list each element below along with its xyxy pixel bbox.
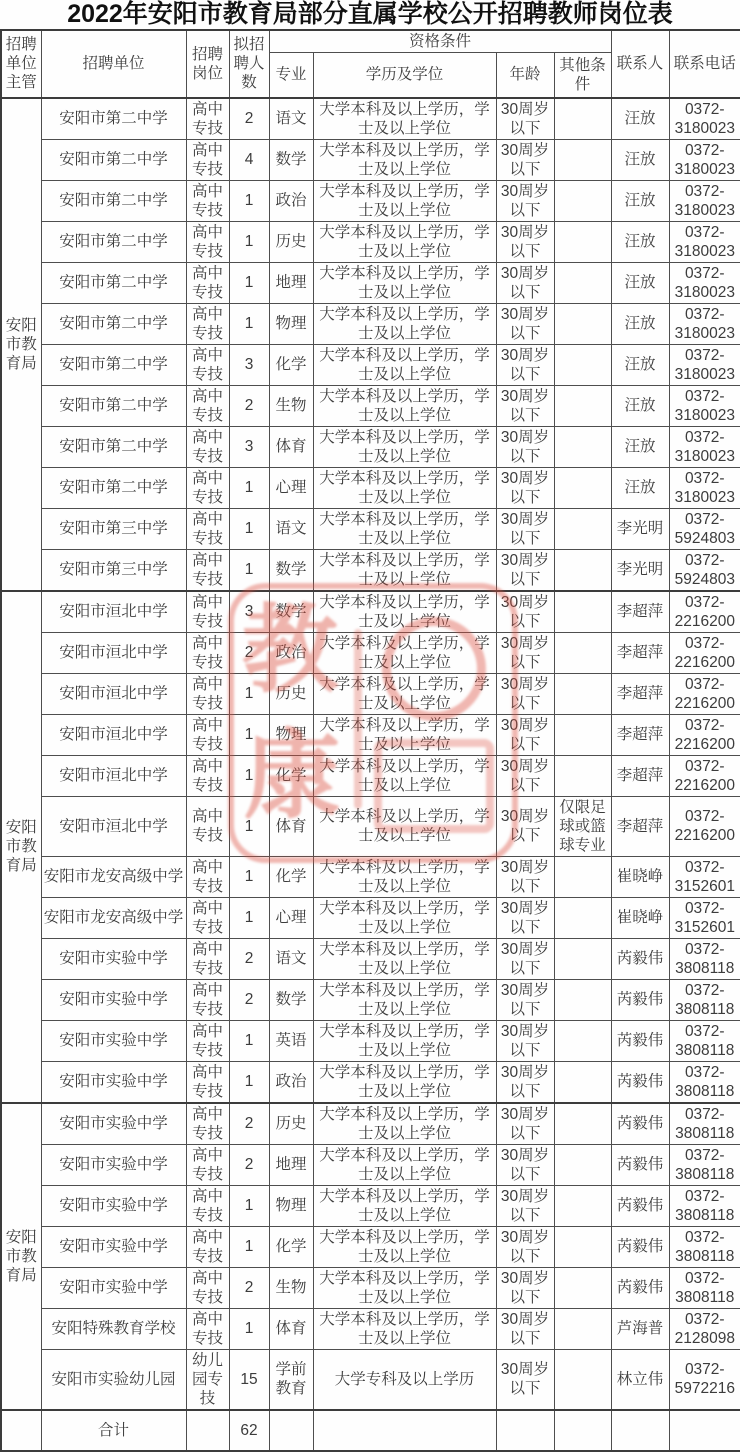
cell-contact: 李超萍 (611, 714, 669, 755)
cell-degree: 大学本科及以上学历，学士及以上学位 (313, 1267, 496, 1308)
cell-age: 30周岁以下 (496, 1103, 554, 1145)
cell-major: 数学 (269, 979, 313, 1020)
total-empty-age (496, 1410, 554, 1451)
table-row: 安阳市实验中学高中专技2地理大学本科及以上学历，学士及以上学位30周岁以下芮毅伟… (1, 1144, 740, 1185)
cell-school: 安阳市实验中学 (41, 1020, 186, 1061)
cell-age: 30周岁以下 (496, 632, 554, 673)
total-empty-phone (669, 1410, 740, 1451)
cell-school: 安阳市第二中学 (41, 180, 186, 221)
cell-degree: 大学本科及以上学历，学士及以上学位 (313, 714, 496, 755)
cell-phone: 0372-3808118 (669, 1020, 740, 1061)
cell-headcount: 3 (229, 344, 269, 385)
cell-headcount: 1 (229, 1308, 269, 1349)
cell-headcount: 1 (229, 1226, 269, 1267)
cell-other (554, 938, 611, 979)
cell-post-type: 高中专技 (186, 262, 229, 303)
cell-age: 30周岁以下 (496, 1020, 554, 1061)
cell-other (554, 303, 611, 344)
cell-major: 语文 (269, 98, 313, 140)
cell-other (554, 1185, 611, 1226)
cell-age: 30周岁以下 (496, 303, 554, 344)
cell-major: 化学 (269, 1226, 313, 1267)
recruitment-table: 招聘单位主管 招聘单位 招聘岗位 拟招聘人数 资格条件 联系人 联系电话 专业 … (0, 29, 740, 1452)
cell-phone: 0372-2216200 (669, 673, 740, 714)
table-row: 安阳市第二中学高中专技3体育大学本科及以上学历，学士及以上学位30周岁以下汪放0… (1, 426, 740, 467)
cell-school: 安阳市第二中学 (41, 385, 186, 426)
cell-contact: 汪放 (611, 344, 669, 385)
cell-phone: 0372-3152601 (669, 856, 740, 897)
header-school: 招聘单位 (41, 30, 186, 98)
cell-other (554, 856, 611, 897)
cell-age: 30周岁以下 (496, 1308, 554, 1349)
cell-degree: 大学本科及以上学历，学士及以上学位 (313, 897, 496, 938)
cell-headcount: 2 (229, 1103, 269, 1145)
cell-post-type: 高中专技 (186, 979, 229, 1020)
cell-school: 安阳市洹北中学 (41, 673, 186, 714)
cell-contact: 李超萍 (611, 673, 669, 714)
cell-headcount: 3 (229, 591, 269, 633)
cell-phone: 0372-3180023 (669, 385, 740, 426)
cell-headcount: 2 (229, 938, 269, 979)
cell-major: 数学 (269, 549, 313, 591)
cell-headcount: 1 (229, 221, 269, 262)
cell-degree: 大学本科及以上学历，学士及以上学位 (313, 426, 496, 467)
cell-phone: 0372-3152601 (669, 897, 740, 938)
cell-school: 安阳市洹北中学 (41, 796, 186, 856)
cell-school: 安阳市实验中学 (41, 1144, 186, 1185)
cell-degree: 大学本科及以上学历，学士及以上学位 (313, 856, 496, 897)
cell-post-type: 高中专技 (186, 467, 229, 508)
cell-headcount: 1 (229, 1061, 269, 1103)
cell-contact: 李超萍 (611, 796, 669, 856)
cell-major: 政治 (269, 632, 313, 673)
cell-other: 仅限足球或篮球专业 (554, 796, 611, 856)
cell-phone: 0372-2216200 (669, 632, 740, 673)
cell-major: 体育 (269, 796, 313, 856)
cell-major: 数学 (269, 591, 313, 633)
table-header: 招聘单位主管 招聘单位 招聘岗位 拟招聘人数 资格条件 联系人 联系电话 专业 … (1, 30, 740, 98)
cell-major: 体育 (269, 426, 313, 467)
table-row: 安阳市第三中学高中专技1语文大学本科及以上学历，学士及以上学位30周岁以下李光明… (1, 508, 740, 549)
cell-age: 30周岁以下 (496, 549, 554, 591)
cell-contact: 李超萍 (611, 591, 669, 633)
table-row: 安阳市实验中学高中专技2语文大学本科及以上学历，学士及以上学位30周岁以下芮毅伟… (1, 938, 740, 979)
cell-phone: 0372-2216200 (669, 591, 740, 633)
cell-post-type: 高中专技 (186, 1267, 229, 1308)
cell-major: 物理 (269, 714, 313, 755)
cell-post-type: 高中专技 (186, 755, 229, 796)
cell-other (554, 1267, 611, 1308)
cell-headcount: 1 (229, 508, 269, 549)
cell-other (554, 897, 611, 938)
cell-phone: 0372-3180023 (669, 221, 740, 262)
cell-school: 安阳市实验中学 (41, 979, 186, 1020)
cell-phone: 0372-3180023 (669, 262, 740, 303)
cell-age: 30周岁以下 (496, 796, 554, 856)
table-row: 安阳市龙安高级中学高中专技1化学大学本科及以上学历，学士及以上学位30周岁以下崔… (1, 856, 740, 897)
cell-phone: 0372-3808118 (669, 1185, 740, 1226)
cell-headcount: 1 (229, 303, 269, 344)
cell-major: 数学 (269, 139, 313, 180)
cell-headcount: 1 (229, 755, 269, 796)
header-post-type: 招聘岗位 (186, 30, 229, 98)
cell-other (554, 1144, 611, 1185)
cell-contact: 芮毅伟 (611, 1061, 669, 1103)
cell-phone: 0372-2216200 (669, 714, 740, 755)
header-degree: 学历及学位 (313, 53, 496, 98)
cell-other (554, 1061, 611, 1103)
cell-degree: 大学本科及以上学历，学士及以上学位 (313, 1144, 496, 1185)
cell-contact: 林立伟 (611, 1349, 669, 1410)
table-row: 安阳市实验中学高中专技1物理大学本科及以上学历，学士及以上学位30周岁以下芮毅伟… (1, 1185, 740, 1226)
cell-age: 30周岁以下 (496, 180, 554, 221)
cell-major: 地理 (269, 1144, 313, 1185)
table-row: 安阳市洹北中学高中专技1化学大学本科及以上学历，学士及以上学位30周岁以下李超萍… (1, 755, 740, 796)
cell-contact: 李光明 (611, 508, 669, 549)
cell-major: 生物 (269, 1267, 313, 1308)
table-row: 安阳市第二中学高中专技1地理大学本科及以上学历，学士及以上学位30周岁以下汪放0… (1, 262, 740, 303)
cell-phone: 0372-3808118 (669, 938, 740, 979)
total-label: 合计 (41, 1410, 186, 1451)
cell-degree: 大学专科及以上学历 (313, 1349, 496, 1410)
header-phone: 联系电话 (669, 30, 740, 98)
cell-phone: 0372-3180023 (669, 98, 740, 140)
cell-post-type: 高中专技 (186, 1020, 229, 1061)
cell-post-type: 高中专技 (186, 673, 229, 714)
cell-contact: 李超萍 (611, 632, 669, 673)
cell-school: 安阳市实验中学 (41, 1267, 186, 1308)
cell-major: 化学 (269, 755, 313, 796)
cell-school: 安阳市第三中学 (41, 508, 186, 549)
cell-age: 30周岁以下 (496, 755, 554, 796)
cell-other (554, 673, 611, 714)
total-empty-other (554, 1410, 611, 1451)
cell-contact: 汪放 (611, 139, 669, 180)
cell-age: 30周岁以下 (496, 467, 554, 508)
cell-age: 30周岁以下 (496, 979, 554, 1020)
cell-major: 化学 (269, 344, 313, 385)
table-row: 安阳市第二中学高中专技2生物大学本科及以上学历，学士及以上学位30周岁以下汪放0… (1, 385, 740, 426)
cell-degree: 大学本科及以上学历，学士及以上学位 (313, 938, 496, 979)
cell-other (554, 979, 611, 1020)
cell-degree: 大学本科及以上学历，学士及以上学位 (313, 755, 496, 796)
cell-other (554, 1226, 611, 1267)
cell-degree: 大学本科及以上学历，学士及以上学位 (313, 591, 496, 633)
table-row: 安阳市第二中学高中专技4数学大学本科及以上学历，学士及以上学位30周岁以下汪放0… (1, 139, 740, 180)
cell-post-type: 高中专技 (186, 180, 229, 221)
cell-age: 30周岁以下 (496, 856, 554, 897)
cell-headcount: 1 (229, 262, 269, 303)
cell-other (554, 591, 611, 633)
cell-contact: 芮毅伟 (611, 1185, 669, 1226)
cell-headcount: 1 (229, 714, 269, 755)
cell-age: 30周岁以下 (496, 938, 554, 979)
cell-phone: 0372-3180023 (669, 139, 740, 180)
cell-post-type: 幼儿园专技 (186, 1349, 229, 1410)
cell-school: 安阳市实验幼儿园 (41, 1349, 186, 1410)
cell-phone: 0372-3180023 (669, 344, 740, 385)
cell-headcount: 1 (229, 673, 269, 714)
cell-contact: 芦海普 (611, 1308, 669, 1349)
cell-headcount: 2 (229, 98, 269, 140)
cell-school: 安阳特殊教育学校 (41, 1308, 186, 1349)
cell-age: 30周岁以下 (496, 1267, 554, 1308)
cell-age: 30周岁以下 (496, 262, 554, 303)
cell-age: 30周岁以下 (496, 139, 554, 180)
total-empty-contact (611, 1410, 669, 1451)
cell-headcount: 2 (229, 385, 269, 426)
table-row: 安阳市教育局安阳市第二中学高中专技2语文大学本科及以上学历，学士及以上学位30周… (1, 98, 740, 140)
cell-other (554, 632, 611, 673)
cell-post-type: 高中专技 (186, 632, 229, 673)
cell-phone: 0372-3808118 (669, 1103, 740, 1145)
cell-major: 心理 (269, 897, 313, 938)
cell-contact: 汪放 (611, 385, 669, 426)
supervisor-cell: 安阳市教育局 (1, 1103, 41, 1410)
cell-age: 30周岁以下 (496, 1185, 554, 1226)
cell-age: 30周岁以下 (496, 1226, 554, 1267)
cell-degree: 大学本科及以上学历，学士及以上学位 (313, 303, 496, 344)
table-row: 安阳市实验幼儿园幼儿园专技15学前教育大学专科及以上学历30周岁以下林立伟037… (1, 1349, 740, 1410)
cell-school: 安阳市洹北中学 (41, 755, 186, 796)
cell-age: 30周岁以下 (496, 221, 554, 262)
cell-post-type: 高中专技 (186, 897, 229, 938)
cell-post-type: 高中专技 (186, 1308, 229, 1349)
cell-school: 安阳市龙安高级中学 (41, 856, 186, 897)
cell-age: 30周岁以下 (496, 344, 554, 385)
table-row: 安阳市洹北中学高中专技1物理大学本科及以上学历，学士及以上学位30周岁以下李超萍… (1, 714, 740, 755)
total-row: 合计 62 (1, 1410, 740, 1451)
cell-post-type: 高中专技 (186, 344, 229, 385)
cell-other (554, 549, 611, 591)
cell-headcount: 3 (229, 426, 269, 467)
cell-school: 安阳市第二中学 (41, 262, 186, 303)
cell-major: 物理 (269, 303, 313, 344)
cell-phone: 0372-5972216 (669, 1349, 740, 1410)
cell-school: 安阳市第三中学 (41, 549, 186, 591)
cell-headcount: 1 (229, 796, 269, 856)
cell-headcount: 1 (229, 1185, 269, 1226)
table-row: 安阳市第二中学高中专技1历史大学本科及以上学历，学士及以上学位30周岁以下汪放0… (1, 221, 740, 262)
cell-phone: 0372-3808118 (669, 1144, 740, 1185)
cell-other (554, 385, 611, 426)
table-row: 安阳市实验中学高中专技1政治大学本科及以上学历，学士及以上学位30周岁以下芮毅伟… (1, 1061, 740, 1103)
cell-school: 安阳市实验中学 (41, 1226, 186, 1267)
cell-degree: 大学本科及以上学历，学士及以上学位 (313, 508, 496, 549)
cell-post-type: 高中专技 (186, 856, 229, 897)
table-row: 安阳市洹北中学高中专技1历史大学本科及以上学历，学士及以上学位30周岁以下李超萍… (1, 673, 740, 714)
cell-degree: 大学本科及以上学历，学士及以上学位 (313, 1103, 496, 1145)
cell-major: 政治 (269, 180, 313, 221)
rows-body: 安阳市教育局安阳市第二中学高中专技2语文大学本科及以上学历，学士及以上学位30周… (1, 98, 740, 1410)
cell-school: 安阳市洹北中学 (41, 632, 186, 673)
table-row: 安阳市实验中学高中专技1英语大学本科及以上学历，学士及以上学位30周岁以下芮毅伟… (1, 1020, 740, 1061)
cell-phone: 0372-3180023 (669, 467, 740, 508)
cell-school: 安阳市实验中学 (41, 1061, 186, 1103)
header-major: 专业 (269, 53, 313, 98)
table-row: 安阳市洹北中学高中专技1体育大学本科及以上学历，学士及以上学位30周岁以下仅限足… (1, 796, 740, 856)
cell-degree: 大学本科及以上学历，学士及以上学位 (313, 98, 496, 140)
total-empty-degree (313, 1410, 496, 1451)
cell-school: 安阳市第二中学 (41, 303, 186, 344)
cell-other (554, 1308, 611, 1349)
cell-age: 30周岁以下 (496, 508, 554, 549)
cell-phone: 0372-3808118 (669, 1226, 740, 1267)
cell-phone: 0372-5924803 (669, 549, 740, 591)
cell-post-type: 高中专技 (186, 796, 229, 856)
cell-school: 安阳市第二中学 (41, 98, 186, 140)
cell-contact: 李超萍 (611, 755, 669, 796)
cell-degree: 大学本科及以上学历，学士及以上学位 (313, 673, 496, 714)
cell-degree: 大学本科及以上学历，学士及以上学位 (313, 632, 496, 673)
table-row: 安阳市实验中学高中专技2生物大学本科及以上学历，学士及以上学位30周岁以下芮毅伟… (1, 1267, 740, 1308)
cell-degree: 大学本科及以上学历，学士及以上学位 (313, 467, 496, 508)
cell-school: 安阳市龙安高级中学 (41, 897, 186, 938)
cell-school: 安阳市第二中学 (41, 467, 186, 508)
cell-phone: 0372-3808118 (669, 1061, 740, 1103)
cell-post-type: 高中专技 (186, 1061, 229, 1103)
cell-contact: 汪放 (611, 221, 669, 262)
cell-contact: 汪放 (611, 467, 669, 508)
cell-other (554, 467, 611, 508)
cell-contact: 芮毅伟 (611, 1267, 669, 1308)
total-headcount: 62 (229, 1410, 269, 1451)
cell-age: 30周岁以下 (496, 1349, 554, 1410)
cell-school: 安阳市第二中学 (41, 344, 186, 385)
cell-major: 政治 (269, 1061, 313, 1103)
cell-contact: 李光明 (611, 549, 669, 591)
cell-contact: 芮毅伟 (611, 1103, 669, 1145)
total-empty-major (269, 1410, 313, 1451)
table-row: 安阳市实验中学高中专技1化学大学本科及以上学历，学士及以上学位30周岁以下芮毅伟… (1, 1226, 740, 1267)
table-row: 安阳市教育局安阳市洹北中学高中专技3数学大学本科及以上学历，学士及以上学位30周… (1, 591, 740, 633)
cell-contact: 芮毅伟 (611, 1020, 669, 1061)
cell-major: 历史 (269, 673, 313, 714)
cell-post-type: 高中专技 (186, 426, 229, 467)
cell-other (554, 221, 611, 262)
cell-phone: 0372-3180023 (669, 426, 740, 467)
cell-other (554, 139, 611, 180)
cell-post-type: 高中专技 (186, 549, 229, 591)
total-body: 合计 62 (1, 1410, 740, 1451)
cell-other (554, 426, 611, 467)
cell-degree: 大学本科及以上学历，学士及以上学位 (313, 979, 496, 1020)
cell-contact: 汪放 (611, 426, 669, 467)
cell-other (554, 344, 611, 385)
cell-post-type: 高中专技 (186, 139, 229, 180)
cell-contact: 汪放 (611, 262, 669, 303)
cell-school: 安阳市实验中学 (41, 1103, 186, 1145)
cell-degree: 大学本科及以上学历，学士及以上学位 (313, 1308, 496, 1349)
cell-degree: 大学本科及以上学历，学士及以上学位 (313, 1226, 496, 1267)
cell-degree: 大学本科及以上学历，学士及以上学位 (313, 221, 496, 262)
cell-phone: 0372-3808118 (669, 979, 740, 1020)
cell-phone: 0372-2216200 (669, 755, 740, 796)
header-qualification: 资格条件 (269, 30, 611, 53)
cell-major: 体育 (269, 1308, 313, 1349)
cell-post-type: 高中专技 (186, 1103, 229, 1145)
cell-post-type: 高中专技 (186, 591, 229, 633)
header-contact: 联系人 (611, 30, 669, 98)
page: 2022年安阳市教育局部分直属学校公开招聘教师岗位表 招聘单位主管 招聘单位 招… (0, 0, 740, 1452)
header-headcount: 拟招聘人数 (229, 30, 269, 98)
cell-school: 安阳市洹北中学 (41, 714, 186, 755)
table-row: 安阳市教育局安阳市实验中学高中专技2历史大学本科及以上学历，学士及以上学位30周… (1, 1103, 740, 1145)
cell-major: 英语 (269, 1020, 313, 1061)
cell-post-type: 高中专技 (186, 303, 229, 344)
cell-degree: 大学本科及以上学历，学士及以上学位 (313, 1185, 496, 1226)
cell-headcount: 2 (229, 632, 269, 673)
table-row: 安阳市第二中学高中专技1政治大学本科及以上学历，学士及以上学位30周岁以下汪放0… (1, 180, 740, 221)
cell-headcount: 4 (229, 139, 269, 180)
cell-post-type: 高中专技 (186, 1226, 229, 1267)
table-row: 安阳市第二中学高中专技1物理大学本科及以上学历，学士及以上学位30周岁以下汪放0… (1, 303, 740, 344)
cell-phone: 0372-3808118 (669, 1267, 740, 1308)
cell-other (554, 98, 611, 140)
cell-age: 30周岁以下 (496, 98, 554, 140)
cell-post-type: 高中专技 (186, 714, 229, 755)
cell-age: 30周岁以下 (496, 673, 554, 714)
table-row: 安阳市洹北中学高中专技2政治大学本科及以上学历，学士及以上学位30周岁以下李超萍… (1, 632, 740, 673)
cell-major: 地理 (269, 262, 313, 303)
table-row: 安阳特殊教育学校高中专技1体育大学本科及以上学历，学士及以上学位30周岁以下芦海… (1, 1308, 740, 1349)
cell-major: 历史 (269, 221, 313, 262)
header-supervisor: 招聘单位主管 (1, 30, 41, 98)
cell-other (554, 755, 611, 796)
cell-phone: 0372-2128098 (669, 1308, 740, 1349)
table-row: 安阳市第三中学高中专技1数学大学本科及以上学历，学士及以上学位30周岁以下李光明… (1, 549, 740, 591)
cell-degree: 大学本科及以上学历，学士及以上学位 (313, 385, 496, 426)
cell-age: 30周岁以下 (496, 426, 554, 467)
cell-post-type: 高中专技 (186, 1144, 229, 1185)
cell-headcount: 2 (229, 1267, 269, 1308)
table-row: 安阳市实验中学高中专技2数学大学本科及以上学历，学士及以上学位30周岁以下芮毅伟… (1, 979, 740, 1020)
cell-other (554, 1020, 611, 1061)
cell-degree: 大学本科及以上学历，学士及以上学位 (313, 180, 496, 221)
cell-school: 安阳市第二中学 (41, 426, 186, 467)
cell-contact: 崔晓峥 (611, 897, 669, 938)
cell-major: 学前教育 (269, 1349, 313, 1410)
cell-age: 30周岁以下 (496, 385, 554, 426)
cell-headcount: 1 (229, 897, 269, 938)
cell-school: 安阳市实验中学 (41, 1185, 186, 1226)
cell-post-type: 高中专技 (186, 938, 229, 979)
supervisor-cell: 安阳市教育局 (1, 591, 41, 1103)
cell-phone: 0372-3180023 (669, 180, 740, 221)
cell-contact: 芮毅伟 (611, 938, 669, 979)
cell-post-type: 高中专技 (186, 98, 229, 140)
cell-headcount: 1 (229, 856, 269, 897)
cell-headcount: 15 (229, 1349, 269, 1410)
cell-major: 语文 (269, 508, 313, 549)
cell-degree: 大学本科及以上学历，学士及以上学位 (313, 1020, 496, 1061)
cell-major: 物理 (269, 1185, 313, 1226)
cell-post-type: 高中专技 (186, 508, 229, 549)
cell-degree: 大学本科及以上学历，学士及以上学位 (313, 262, 496, 303)
cell-school: 安阳市第二中学 (41, 221, 186, 262)
cell-contact: 芮毅伟 (611, 1226, 669, 1267)
cell-age: 30周岁以下 (496, 897, 554, 938)
total-empty-post (186, 1410, 229, 1451)
cell-other (554, 714, 611, 755)
cell-contact: 崔晓峥 (611, 856, 669, 897)
cell-degree: 大学本科及以上学历，学士及以上学位 (313, 796, 496, 856)
table-row: 安阳市第二中学高中专技3化学大学本科及以上学历，学士及以上学位30周岁以下汪放0… (1, 344, 740, 385)
header-other: 其他条件 (554, 53, 611, 98)
cell-age: 30周岁以下 (496, 1061, 554, 1103)
cell-other (554, 180, 611, 221)
cell-major: 生物 (269, 385, 313, 426)
